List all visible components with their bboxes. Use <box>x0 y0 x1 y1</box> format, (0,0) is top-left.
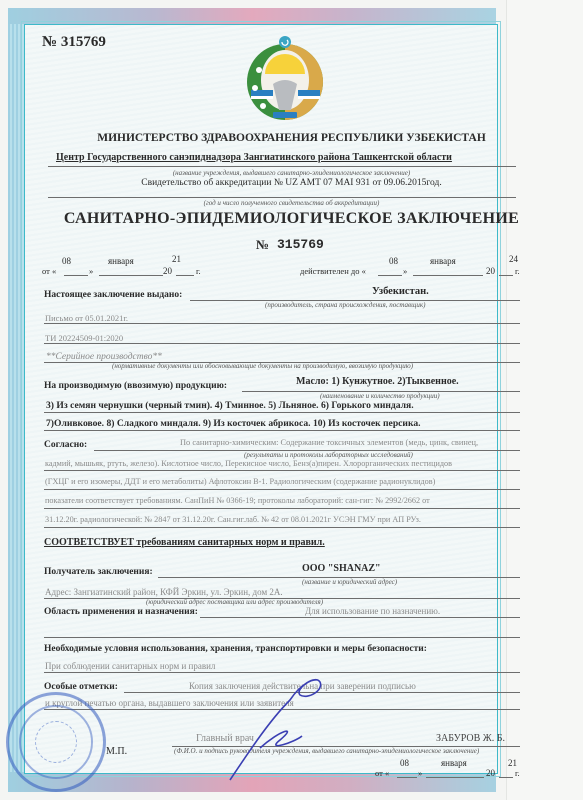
notes-label: Особые отметки: <box>44 682 118 692</box>
valid-until-label: действителен до « <box>300 266 366 276</box>
signature-from-label: от « <box>375 768 389 778</box>
recipient-address: Адрес: Зангиатинский район, КФЙ Эркин, у… <box>45 587 283 597</box>
paper-edge <box>506 0 583 800</box>
document-title: САНИТАРНО-ЭПИДЕМИОЛОГИЧЕСКОЕ ЗАКЛЮЧЕНИЕ <box>0 210 583 228</box>
year-suffix: г. <box>515 768 520 778</box>
product-caption: (наименование и количество продукции) <box>320 392 440 400</box>
recipient-name: ООО "SHANAZ" <box>302 563 381 574</box>
conformity-statement: СООТВЕТСТВУЕТ требованиям санитарных нор… <box>44 537 325 548</box>
according-value: По санитарно-химическим: Содержание токс… <box>180 438 478 447</box>
ministry-name: МИНИСТЕРСТВО ЗДРАВООХРАНЕНИЯ РЕСПУБЛИКИ … <box>0 132 583 144</box>
year-prefix: 20 <box>163 266 172 276</box>
product-value: Масло: 1) Кунжутное. 2)Тыквенное. <box>296 376 459 387</box>
issued-to-value: Узбекистан. <box>372 286 429 297</box>
quote-close: » <box>89 266 93 276</box>
issued-to-letter: Письмо от 05.01.2021г. <box>45 313 128 323</box>
recipient-address-caption: (юридический адрес поставщика или адрес … <box>146 598 323 606</box>
signatory-name: ЗАБУРОВ Ж. Б. <box>436 733 505 744</box>
year-suffix: г. <box>515 266 520 276</box>
signature-month: января <box>441 758 467 768</box>
year-prefix: 20 <box>486 266 495 276</box>
product-line-2: 7)Оливковое. 8) Сладкого миндаля. 9) Из … <box>46 418 421 429</box>
stamp-mark: М.П. <box>106 746 127 757</box>
product-line-1: 3) Из семян чернушки (черный тмин). 4) Т… <box>46 400 414 411</box>
institution-caption: (название учреждения, выдавшего санитарн… <box>0 169 583 177</box>
signature-day: 08 <box>400 758 409 768</box>
accreditation: Свидетельство об аккредитации № UZ AMT 0… <box>0 178 583 188</box>
year-prefix: 20 <box>486 768 495 778</box>
issued-to-caption: (производитель, страна происхождения, по… <box>265 301 426 309</box>
state-emblem-icon <box>243 32 328 124</box>
issued-to-production: **Серийное производство** <box>46 352 162 362</box>
round-seal-stamp <box>6 692 106 792</box>
according-line-2: (ГХЦГ и его изомеры, ДДТ и его метаболит… <box>45 477 435 486</box>
issue-year: 21 <box>172 254 181 264</box>
border-top-band <box>8 8 496 24</box>
valid-month: января <box>430 256 456 266</box>
according-line-3: показатели соответствует требованиям. Са… <box>45 496 430 505</box>
scope-value: Для использование по назначению. <box>305 606 440 616</box>
issued-to-label: Настоящее заключение выдано: <box>44 290 182 300</box>
year-suffix: г. <box>196 266 201 276</box>
conditions-label: Необходимые условия использования, хране… <box>44 644 427 654</box>
signature-year: 21 <box>508 758 517 768</box>
valid-year: 24 <box>509 254 518 264</box>
institution-name: Центр Государственного санэпиднадзора За… <box>56 152 452 163</box>
docs-caption: (нормативные документы или обосновывающи… <box>112 362 413 370</box>
conformity-bold: СООТВЕТСТВУЕТ <box>44 537 134 548</box>
according-line-4: 31.12.20г. радиологической: № 2847 от 31… <box>45 515 421 524</box>
issue-month: января <box>108 256 134 266</box>
according-caption: (результаты и протоколы лабораторных исс… <box>244 451 413 459</box>
quote-close: » <box>418 768 422 778</box>
valid-day: 08 <box>389 256 398 266</box>
according-label: Согласно: <box>44 440 87 450</box>
scope-label: Область применения и назначения: <box>44 607 198 617</box>
certificate-top-number: № 315769 <box>42 34 106 51</box>
issued-to-spec: ТИ 20224509-01:2020 <box>45 333 123 343</box>
quote-close: » <box>403 266 407 276</box>
handwritten-signature-icon <box>220 670 340 790</box>
conformity-rest: требованиям санитарных норм и правил. <box>134 537 325 548</box>
product-label: На производимую (ввозимую) продукцию: <box>44 381 227 391</box>
accreditation-caption: (год и число полученного свидетельства о… <box>0 199 583 207</box>
number-label: № <box>256 237 269 253</box>
issue-day: 08 <box>62 256 71 266</box>
recipient-label: Получатель заключения: <box>44 567 153 577</box>
according-line-1: кадмий, мышьяк, ртуть, железо). Кислотно… <box>45 459 452 468</box>
recipient-caption: (название и юридический адрес) <box>302 578 397 586</box>
conditions-value: При соблюдении санитарных норм и правил <box>45 661 215 671</box>
document-number: 315769 <box>277 237 324 252</box>
issue-from-label: от « <box>42 266 56 276</box>
